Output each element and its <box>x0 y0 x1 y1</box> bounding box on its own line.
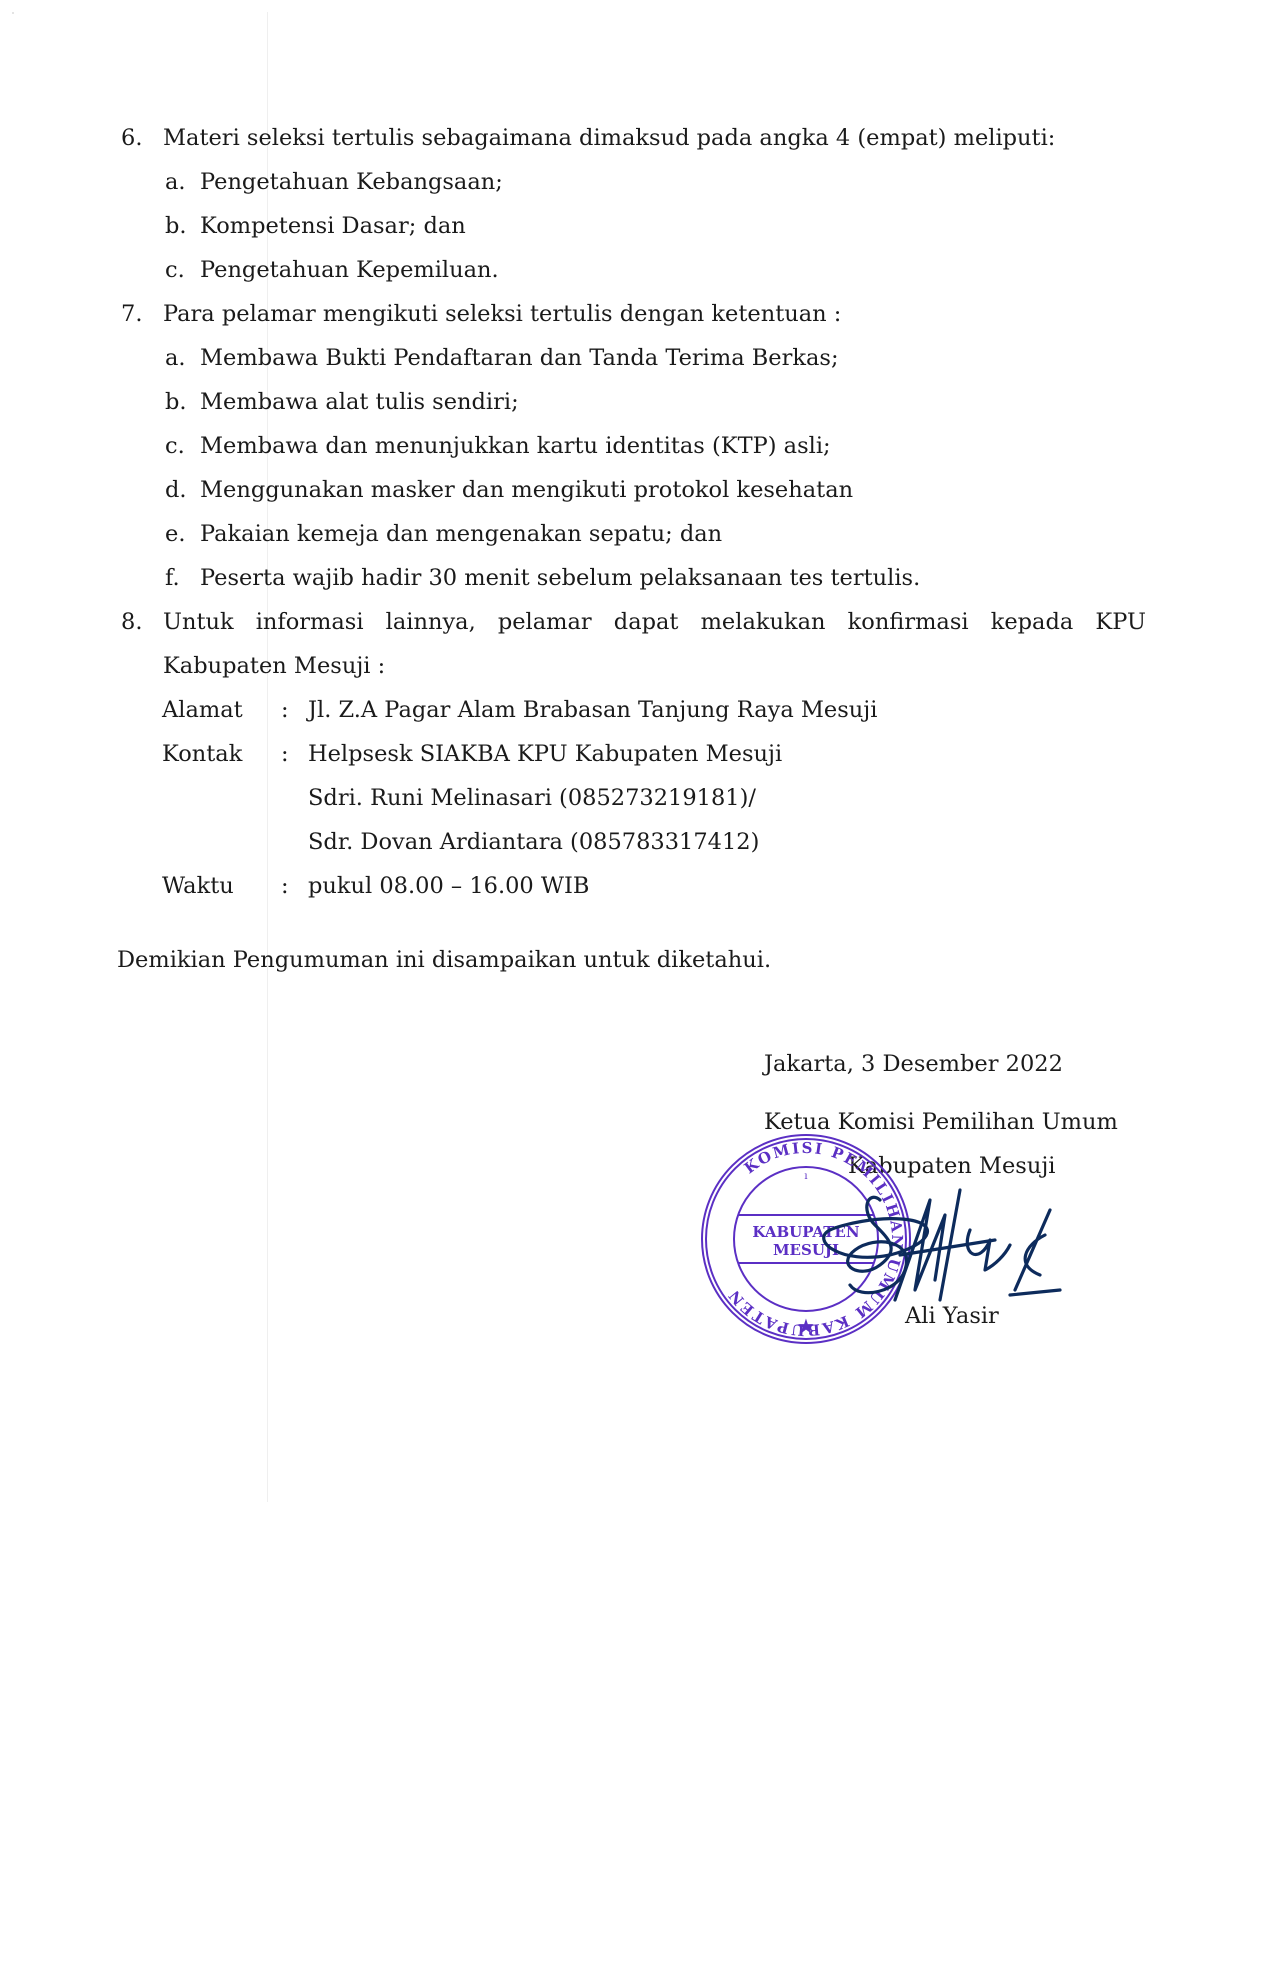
item-text: Para pelamar mengikuti seleksi tertulis … <box>163 300 841 328</box>
subitem-text: Menggunakan masker dan mengikuti protoko… <box>200 476 853 504</box>
item-number: 7. <box>121 300 142 328</box>
svg-text:ı: ı <box>804 1171 807 1182</box>
word: kepada <box>991 608 1074 636</box>
handwritten-signature-icon <box>820 1170 1080 1330</box>
word: konfirmasi <box>848 608 969 636</box>
separator: : <box>281 740 289 768</box>
contact-value: Sdri. Runi Melinasari (085273219181)/ <box>308 784 756 812</box>
time-value: pukul 08.00 – 16.00 WIB <box>308 872 589 900</box>
subitem-text: Kompetensi Dasar; dan <box>200 212 466 240</box>
subitem-text: Membawa Bukti Pendaftaran dan Tanda Teri… <box>200 344 839 372</box>
subitem-letter: c. <box>165 256 185 284</box>
subitem-letter: a. <box>165 168 186 196</box>
word: KPU <box>1095 608 1146 636</box>
subitem-letter: e. <box>165 520 185 548</box>
address-label: Alamat <box>162 696 243 724</box>
contact-value: Helpsesk SIAKBA KPU Kabupaten Mesuji <box>308 740 782 768</box>
place-date: Jakarta, 3 Desember 2022 <box>764 1050 1063 1078</box>
subitem-letter: c. <box>165 432 185 460</box>
separator: : <box>281 872 289 900</box>
separator: : <box>281 696 289 724</box>
contact-label: Kontak <box>162 740 242 768</box>
item-text: Materi seleksi tertulis sebagaimana dima… <box>163 124 1055 152</box>
subitem-letter: b. <box>165 212 187 240</box>
word: Untuk <box>163 608 234 636</box>
contact-value: Sdr. Dovan Ardiantara (085783317412) <box>308 828 759 856</box>
word: dapat <box>614 608 679 636</box>
closing-statement: Demikian Pengumuman ini disampaikan untu… <box>117 946 771 974</box>
subitem-letter: b. <box>165 388 187 416</box>
word: melakukan <box>701 608 826 636</box>
time-label: Waktu <box>162 872 234 900</box>
signatory-title-line1: Ketua Komisi Pemilihan Umum <box>764 1108 1118 1136</box>
subitem-letter: a. <box>165 344 186 372</box>
item-number: 8. <box>121 608 142 636</box>
subitem-text: Membawa dan menunjukkan kartu identitas … <box>200 432 831 460</box>
item-number: 6. <box>121 124 142 152</box>
subitem-text: Membawa alat tulis sendiri; <box>200 388 519 416</box>
subitem-letter: f. <box>165 564 180 592</box>
subitem-text: Pengetahuan Kepemiluan. <box>200 256 499 284</box>
subitem-letter: d. <box>165 476 187 504</box>
word: informasi <box>256 608 364 636</box>
subitem-text: Pakaian kemeja dan mengenakan sepatu; da… <box>200 520 722 548</box>
svg-text:★: ★ <box>797 1314 815 1338</box>
item-text-line2: Kabupaten Mesuji : <box>163 652 385 680</box>
subitem-text: Peserta wajib hadir 30 menit sebelum pel… <box>200 564 920 592</box>
word: lainnya, <box>386 608 476 636</box>
document-page: 6. Materi seleksi tertulis sebagaimana d… <box>0 0 1265 1962</box>
address-value: Jl. Z.A Pagar Alam Brabasan Tanjung Raya… <box>308 696 877 724</box>
word: pelamar <box>498 608 592 636</box>
item-text-line1: Untukinformasilainnya,pelamardapatmelaku… <box>163 608 1146 636</box>
subitem-text: Pengetahuan Kebangsaan; <box>200 168 503 196</box>
